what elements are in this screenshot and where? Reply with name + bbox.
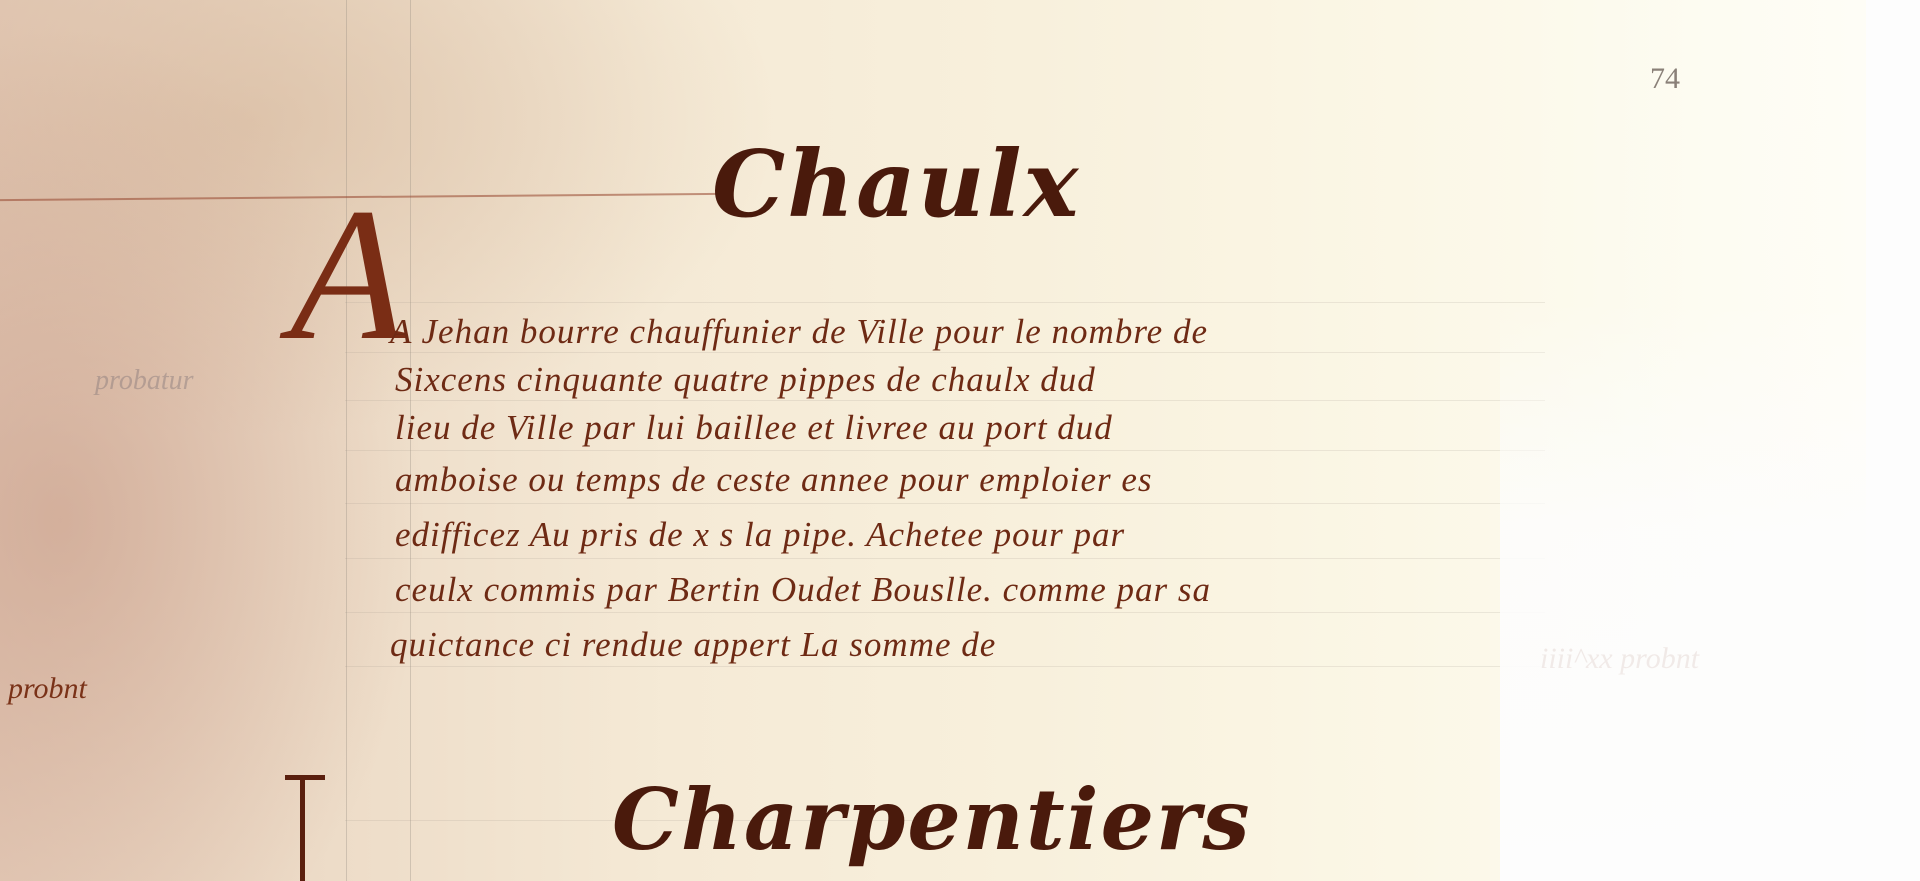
folio-number: 74 xyxy=(1650,62,1680,96)
section-heading-charpentiers: Charpentiers xyxy=(612,770,1252,869)
margin-ruling xyxy=(346,0,347,881)
ruled-line xyxy=(345,450,1545,451)
text-line: ceulx commis par Bertin Oudet Bouslle. c… xyxy=(395,570,1211,610)
ruled-line xyxy=(345,302,1545,303)
left-margin-note: probnt xyxy=(8,672,87,706)
ruled-line xyxy=(345,352,1545,353)
text-line: quictance ci rendue appert La somme de xyxy=(390,625,996,665)
decorated-initial: A xyxy=(290,180,406,370)
section-heading-chaulx: Chaulx xyxy=(712,130,1080,238)
ruled-line xyxy=(345,400,1545,401)
decorated-initial-i xyxy=(300,775,323,881)
page-fade xyxy=(1500,300,1866,881)
text-line: amboise ou temps de ceste annee pour emp… xyxy=(395,460,1153,500)
ruled-line xyxy=(345,612,1545,613)
text-line: edifficez Au pris de x s la pipe. Achete… xyxy=(395,515,1125,555)
left-margin-faint-note: probatur xyxy=(95,365,194,397)
text-line: lieu de Ville par lui baillee et livree … xyxy=(395,408,1113,448)
ruled-line xyxy=(345,666,1545,667)
ruled-line xyxy=(345,558,1545,559)
text-line: Sixcens cinquante quatre pippes de chaul… xyxy=(395,360,1096,400)
ruled-line xyxy=(345,503,1545,504)
text-line: A Jehan bourre chauffunier de Ville pour… xyxy=(390,312,1208,352)
manuscript-page: 74 Chaulx A A Jehan bourre chauffunier d… xyxy=(0,0,1866,881)
